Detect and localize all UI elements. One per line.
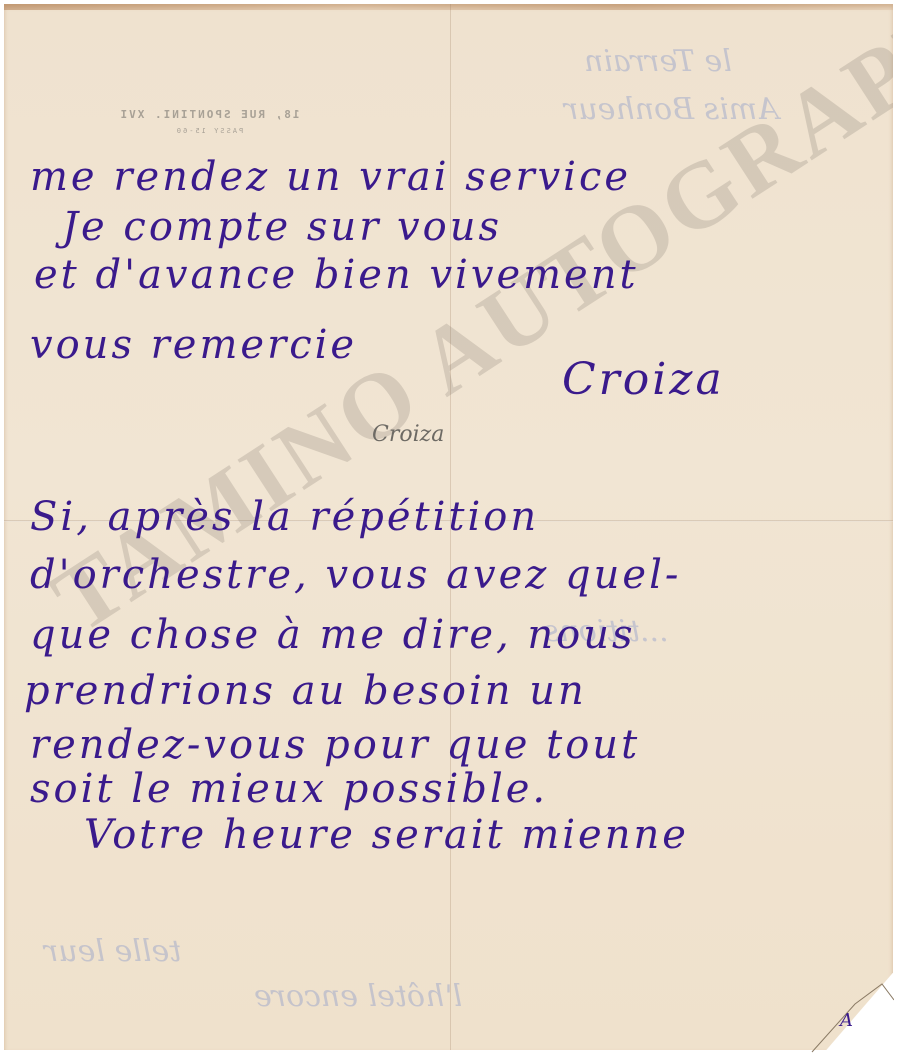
letter-line: que chose à me dire, nous [30,612,636,658]
pencil-annotation: Croiza [372,422,444,447]
letterhead-address: 18, RUE SPONTINI. XVI [94,108,324,121]
letterhead-phone: PASSY 15-60 [94,127,324,135]
letter-line: Si, après la répétition [30,494,539,540]
letter-line: d'orchestre, vous avez quel- [30,552,681,598]
letter-line: prendrions au besoin un [24,668,587,714]
corner-mark: A [840,1010,853,1031]
paper-stain [4,4,893,10]
signature: Croiza [562,354,725,405]
letter-line: me rendez un vrai service [30,154,631,200]
letter-line: Je compte sur vous [62,204,502,250]
letter-line: rendez-vous pour que tout [30,722,640,768]
letter-line: vous remercie [30,322,357,368]
show-through-text: le Terrain [584,44,732,79]
show-through-text: l'hôtel encore [254,979,462,1014]
show-through-text: telle leur [44,934,181,969]
letter-paper: 18, RUE SPONTINI. XVI PASSY 15-60 le Ter… [4,4,893,1050]
letter-line: Votre heure serait mienne [84,812,689,858]
letterhead: 18, RUE SPONTINI. XVI PASSY 15-60 [94,108,324,135]
letter-line: et d'avance bien vivement [34,252,639,298]
letter-line: soit le mieux possible. [30,766,548,812]
